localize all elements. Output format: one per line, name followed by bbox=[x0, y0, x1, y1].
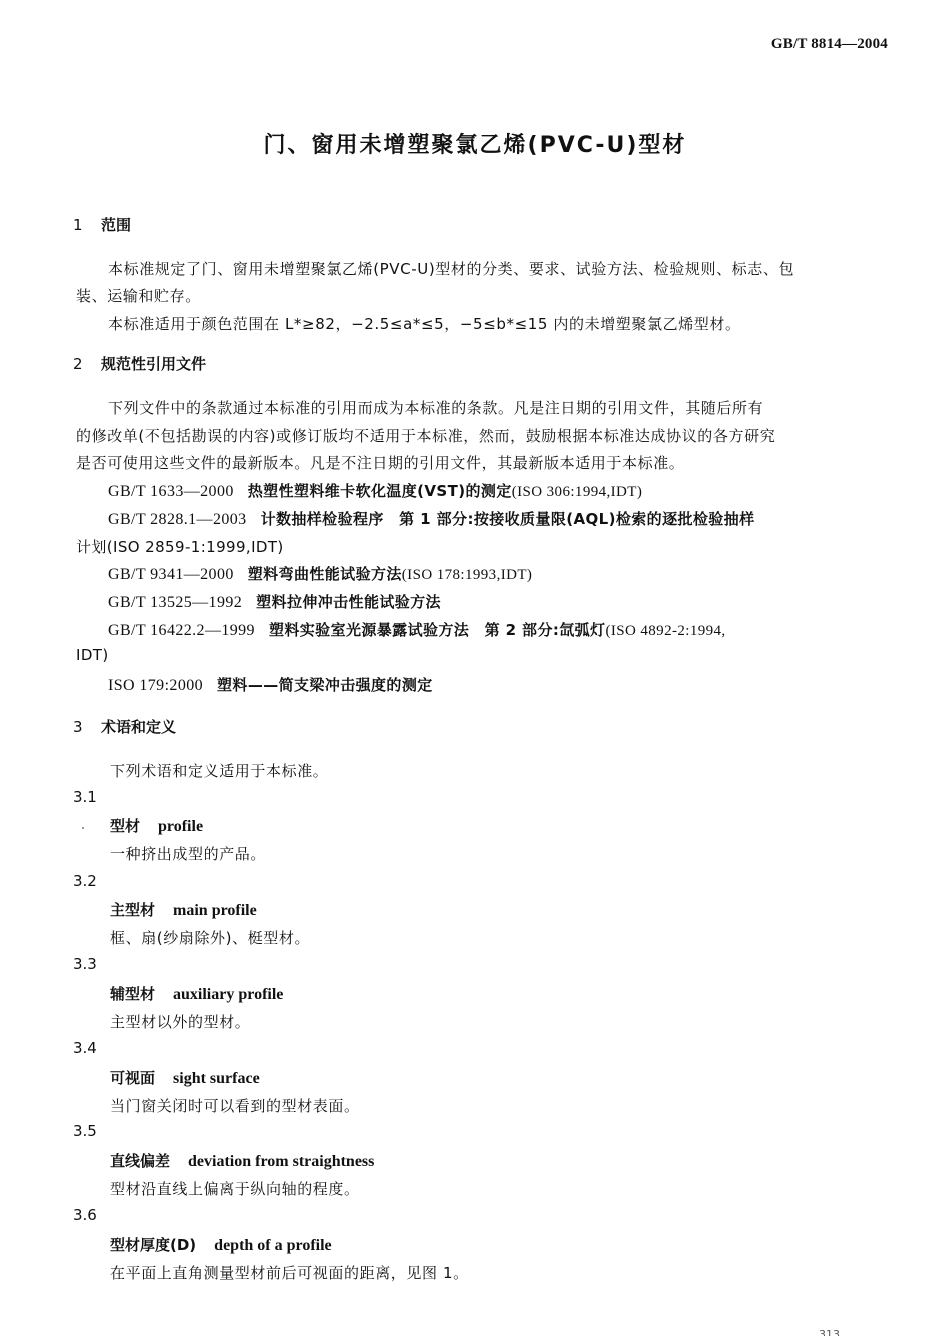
reference-title: 塑料——简支梁冲击强度的测定 bbox=[217, 676, 433, 694]
reference-item: GB/T 1633—2000热塑性塑料维卡软化温度(VST)的测定(ISO 30… bbox=[108, 480, 642, 501]
term-number: 3.3 bbox=[73, 955, 97, 973]
section-heading-1: 1范围 bbox=[73, 214, 131, 235]
reference-iso: (ISO 4892-2:1994, bbox=[605, 623, 725, 639]
reference-continuation: 计划(ISO 2859-1:1999,IDT) bbox=[76, 536, 284, 557]
term-number: 3.4 bbox=[73, 1039, 97, 1057]
reference-item: ISO 179:2000塑料——简支梁冲击强度的测定 bbox=[108, 674, 433, 695]
term-number: 3.1 bbox=[73, 788, 97, 806]
reference-code: GB/T 16422.2—1999 bbox=[108, 622, 255, 639]
term-definition: 型材沿直线上偏离于纵向轴的程度。 bbox=[110, 1178, 360, 1199]
paragraph: 是否可使用这些文件的最新版本。凡是不注日期的引用文件，其最新版本适用于本标准。 bbox=[76, 452, 684, 473]
reference-code: ISO 179:2000 bbox=[108, 677, 203, 694]
section-title: 规范性引用文件 bbox=[101, 355, 206, 373]
standard-code: GB/T 8814—2004 bbox=[771, 36, 888, 53]
paragraph: 下列文件中的条款通过本标准的引用而成为本标准的条款。凡是注日期的引用文件，其随后… bbox=[108, 397, 763, 418]
term-definition: 在平面上直角测量型材前后可视面的距离，见图 1。 bbox=[110, 1262, 469, 1283]
paragraph: 装、运输和贮存。 bbox=[76, 285, 201, 306]
term-en: main profile bbox=[173, 902, 257, 919]
term-zh: 可视面 bbox=[110, 1069, 155, 1087]
reference-title: 计数抽样检验程序 第 1 部分:按接收质量限(AQL)检索的逐批检验抽样 bbox=[261, 510, 755, 528]
reference-item: GB/T 2828.1—2003计数抽样检验程序 第 1 部分:按接收质量限(A… bbox=[108, 508, 754, 529]
term-entry: 型材profile bbox=[110, 815, 203, 836]
term-zh: 辅型材 bbox=[110, 985, 155, 1003]
term-entry: 辅型材auxiliary profile bbox=[110, 983, 283, 1004]
reference-iso: (ISO 178:1993,IDT) bbox=[402, 567, 533, 583]
term-en: sight surface bbox=[173, 1070, 260, 1087]
section-number: 1 bbox=[73, 216, 101, 234]
reference-iso: (ISO 306:1994,IDT) bbox=[512, 484, 643, 500]
term-number: 3.5 bbox=[73, 1122, 97, 1140]
reference-title: 塑料拉伸冲击性能试验方法 bbox=[256, 593, 441, 611]
section-heading-2: 2规范性引用文件 bbox=[73, 353, 206, 374]
term-zh: 型材 bbox=[110, 817, 140, 835]
paragraph: 本标准适用于颜色范围在 L*≥82，−2.5≤a*≤5，−5≤b*≤15 内的未… bbox=[108, 313, 741, 334]
section-title: 术语和定义 bbox=[101, 718, 176, 736]
scan-speck bbox=[82, 827, 84, 829]
paragraph: 下列术语和定义适用于本标准。 bbox=[110, 760, 328, 781]
reference-title: 热塑性塑料维卡软化温度(VST)的测定 bbox=[248, 482, 512, 500]
term-definition: 主型材以外的型材。 bbox=[110, 1011, 250, 1032]
reference-item: GB/T 9341—2000塑料弯曲性能试验方法(ISO 178:1993,ID… bbox=[108, 563, 532, 584]
reference-code: GB/T 9341—2000 bbox=[108, 566, 234, 583]
reference-continuation: IDT) bbox=[76, 646, 109, 664]
reference-code: GB/T 2828.1—2003 bbox=[108, 511, 247, 528]
term-en: profile bbox=[158, 818, 203, 835]
paragraph: 本标准规定了门、窗用未增塑聚氯乙烯(PVC-U)型材的分类、要求、试验方法、检验… bbox=[108, 258, 794, 279]
page-number: 313 bbox=[819, 1328, 840, 1336]
term-number: 3.2 bbox=[73, 872, 97, 890]
term-definition: 一种挤出成型的产品。 bbox=[110, 843, 266, 864]
term-entry: 型材厚度(D)depth of a profile bbox=[110, 1234, 332, 1255]
term-definition: 当门窗关闭时可以看到的型材表面。 bbox=[110, 1095, 360, 1116]
section-number: 2 bbox=[73, 355, 101, 373]
term-zh: 直线偏差 bbox=[110, 1152, 170, 1170]
reference-title: 塑料弯曲性能试验方法 bbox=[248, 565, 402, 583]
reference-code: GB/T 13525—1992 bbox=[108, 594, 242, 611]
term-number: 3.6 bbox=[73, 1206, 97, 1224]
term-definition: 框、扇(纱扇除外)、梃型材。 bbox=[110, 927, 310, 948]
reference-code: GB/T 1633—2000 bbox=[108, 483, 234, 500]
term-en: deviation from straightness bbox=[188, 1153, 374, 1170]
section-title: 范围 bbox=[101, 216, 131, 234]
term-en: auxiliary profile bbox=[173, 986, 283, 1003]
reference-item: GB/T 16422.2—1999塑料实验室光源暴露试验方法 第 2 部分:氙弧… bbox=[108, 619, 726, 640]
term-entry: 主型材main profile bbox=[110, 899, 257, 920]
term-entry: 直线偏差deviation from straightness bbox=[110, 1150, 374, 1171]
term-en: depth of a profile bbox=[214, 1237, 331, 1254]
paragraph: 的修改单(不包括勘误的内容)或修订版均不适用于本标准，然而，鼓励根据本标准达成协… bbox=[76, 425, 775, 446]
term-zh: 主型材 bbox=[110, 901, 155, 919]
term-entry: 可视面sight surface bbox=[110, 1067, 260, 1088]
section-number: 3 bbox=[73, 718, 101, 736]
reference-title: 塑料实验室光源暴露试验方法 第 2 部分:氙弧灯 bbox=[269, 621, 605, 639]
section-heading-3: 3术语和定义 bbox=[73, 716, 176, 737]
page-title: 门、窗用未增塑聚氯乙烯(PVC-U)型材 bbox=[0, 128, 950, 159]
term-zh: 型材厚度(D) bbox=[110, 1236, 196, 1254]
reference-item: GB/T 13525—1992塑料拉伸冲击性能试验方法 bbox=[108, 591, 441, 612]
